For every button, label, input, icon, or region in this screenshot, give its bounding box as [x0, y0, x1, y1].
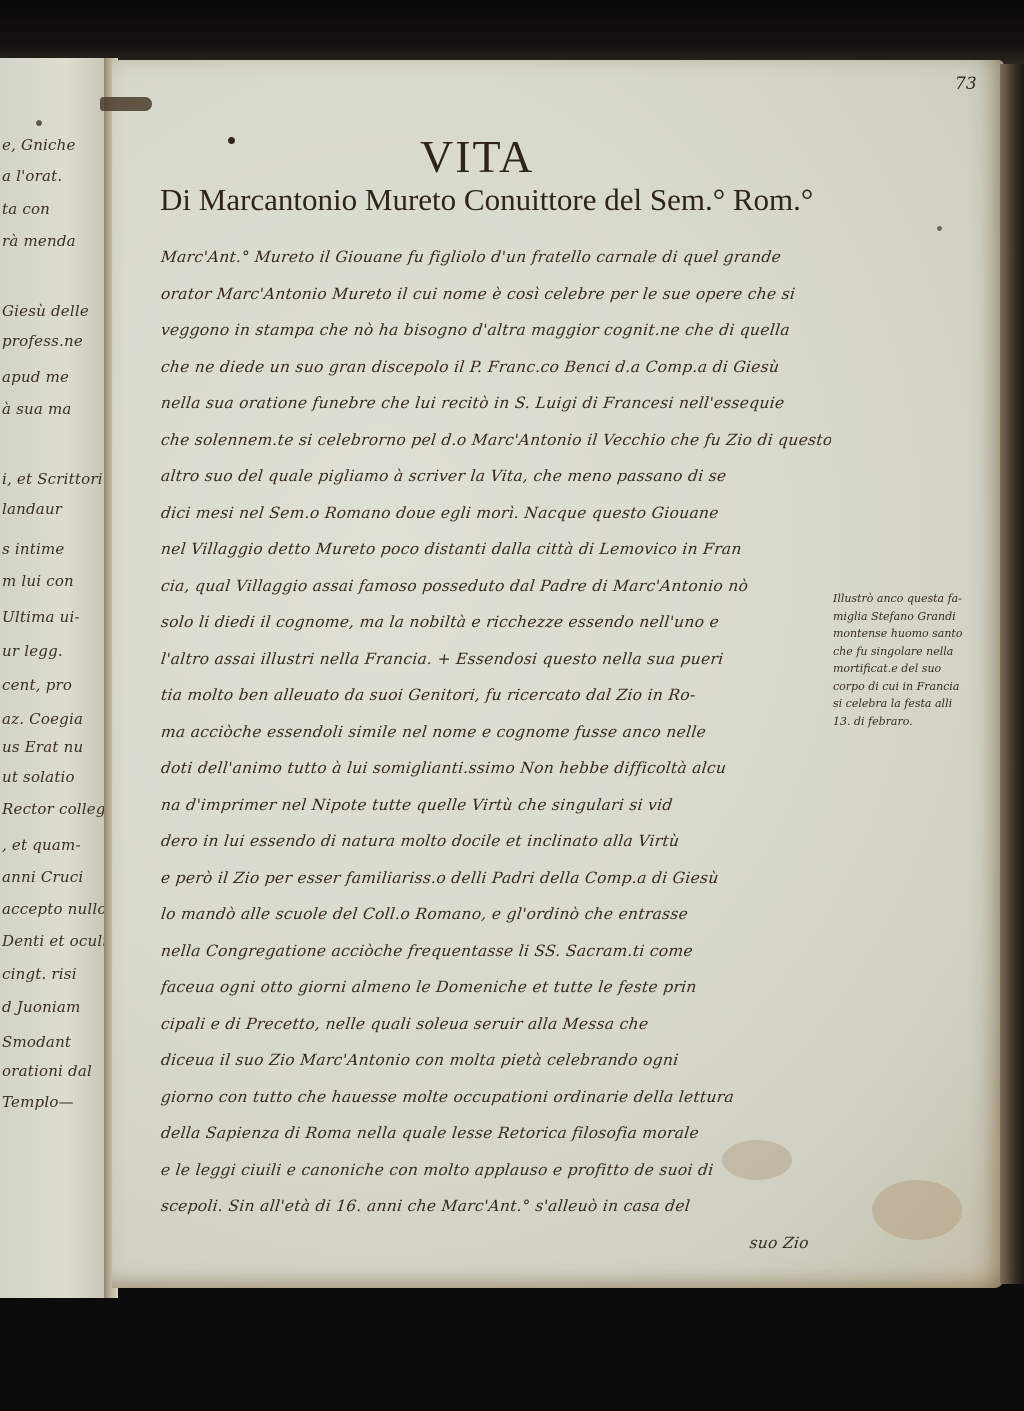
- manuscript-line: suo Zio: [158, 1234, 832, 1271]
- left-page-text-fragment: Rector colleg.: [2, 800, 111, 818]
- left-page-text-fragment: , et quam-: [2, 836, 81, 854]
- left-page-text-fragment: orationi dal: [2, 1062, 92, 1080]
- left-page-text-fragment: apud me: [2, 368, 69, 386]
- manuscript-line: giorno con tutto che hauesse molte occup…: [158, 1088, 832, 1125]
- manuscript-line: na d'imprimer nel Nipote tutte quelle Vi…: [158, 796, 832, 833]
- manuscript-line: nella sua oratione funebre che lui recit…: [158, 394, 832, 431]
- left-page-text-fragment: ut solatio: [2, 768, 75, 786]
- manuscript-line: dero in lui essendo di natura molto doci…: [158, 832, 832, 869]
- left-page-text-fragment: Smodant: [2, 1033, 71, 1051]
- manuscript-line: tia molto ben alleuato da suoi Genitori,…: [158, 686, 832, 723]
- left-page-text-fragment: Templo—: [2, 1093, 74, 1111]
- left-page-text-fragment: az. Coegia: [2, 710, 83, 728]
- manuscript-line: cia, qual Villaggio assai famoso possedu…: [158, 577, 832, 614]
- left-page-text-fragment: accepto nullo: [2, 900, 107, 918]
- ink-dot-icon: [937, 226, 942, 231]
- left-page-text-fragment: e, Gniche: [2, 136, 76, 154]
- manuscript-line: che solennem.te si celebrorno pel d.o Ma…: [158, 431, 832, 468]
- manuscript-line: orator Marc'Antonio Mureto il cui nome è…: [158, 285, 832, 322]
- manuscript-line: diceua il suo Zio Marc'Antonio con molta…: [158, 1051, 832, 1088]
- manuscript-line: nella Congregatione acciòche frequentass…: [158, 942, 832, 979]
- left-page-text-fragment: anni Cruci: [2, 868, 83, 886]
- manuscript-line: Marc'Ant.° Mureto il Giouane fu figliolo…: [158, 248, 832, 285]
- manuscript-line: faceua ogni otto giorni almeno le Domeni…: [158, 978, 832, 1015]
- paper-stain: [872, 1180, 962, 1240]
- marginal-note-line: corpo di cui in Francia: [833, 678, 963, 696]
- left-page-text-fragment: s intime: [2, 540, 64, 558]
- manuscript-line: l'altro assai illustri nella Francia. + …: [158, 650, 832, 687]
- left-page-fragment: e, Gnichea l'orat.ta conrà mendaGiesù de…: [0, 58, 112, 1298]
- manuscript-line: ma acciòche essendoli simile nel nome e …: [158, 723, 832, 760]
- manuscript-line: cipali e di Precetto, nelle quali soleua…: [158, 1015, 832, 1052]
- left-page-text-fragment: cingt. risi: [2, 965, 77, 983]
- marginal-note-line: mortificat.e del suo: [833, 660, 963, 678]
- manuscript-body: Marc'Ant.° Mureto il Giouane fu figliolo…: [160, 248, 830, 1270]
- left-page-text-fragment: ta con: [2, 200, 50, 218]
- left-page-text-fragment: Denti et oculis: [2, 932, 115, 950]
- marginal-note-line: 13. di febraro.: [833, 713, 963, 731]
- manuscript-line: veggono in stampa che nò ha bisogno d'al…: [158, 321, 832, 358]
- left-page-text-fragment: Giesù delle: [2, 302, 89, 320]
- ink-dot-icon: [228, 137, 235, 144]
- left-page-text-fragment: d Juoniam: [2, 998, 81, 1016]
- left-page-text-fragment: à sua ma: [2, 400, 72, 418]
- marginal-note: Illustrò anco questa fa-miglia Stefano G…: [833, 590, 963, 730]
- left-page-text-fragment: landaur: [2, 500, 62, 518]
- left-page-text-fragment: i, et Scrittori: [2, 470, 103, 488]
- ink-dot-icon: [36, 120, 42, 126]
- left-page-text-fragment: profess.ne: [2, 332, 83, 350]
- scan-background-top: [0, 0, 1024, 64]
- left-page-text-fragment: m lui con: [2, 572, 74, 590]
- bookmark-ribbon: [100, 97, 152, 111]
- left-page-text-fragment: cent, pro: [2, 676, 72, 694]
- page-title: VITA: [420, 130, 534, 183]
- manuscript-line: dici mesi nel Sem.o Romano doue egli mor…: [158, 504, 832, 541]
- manuscript-line: e però il Zio per esser familiariss.o de…: [158, 869, 832, 906]
- manuscript-line: che ne diede un suo gran discepolo il P.…: [158, 358, 832, 395]
- folio-number: 73: [955, 74, 977, 94]
- page-edge: [1000, 64, 1024, 1284]
- manuscript-line: solo li diedi il cognome, ma la nobiltà …: [158, 613, 832, 650]
- manuscript-line: lo mandò alle scuole del Coll.o Romano, …: [158, 905, 832, 942]
- manuscript-line: doti dell'animo tutto à lui somiglianti.…: [158, 759, 832, 796]
- marginal-note-line: si celebra la festa alli: [833, 695, 963, 713]
- marginal-note-line: montense huomo santo: [833, 625, 963, 643]
- marginal-note-line: che fu singolare nella: [833, 643, 963, 661]
- marginal-note-line: Illustrò anco questa fa-: [833, 590, 963, 608]
- manuscript-line: altro suo del quale pigliamo à scriver l…: [158, 467, 832, 504]
- manuscript-line: e le leggi ciuili e canoniche con molto …: [158, 1161, 832, 1198]
- manuscript-line: nel Villaggio detto Mureto poco distanti…: [158, 540, 832, 577]
- manuscript-line: scepoli. Sin all'età di 16. anni che Mar…: [158, 1197, 832, 1234]
- left-page-text-fragment: rà menda: [2, 232, 76, 250]
- left-page-text-fragment: a l'orat.: [2, 167, 62, 185]
- scan-background-bottom: [0, 1290, 1024, 1411]
- left-page-text-fragment: ur legg.: [2, 642, 63, 660]
- left-page-text-fragment: us Erat nu: [2, 738, 83, 756]
- page-subtitle: Di Marcantonio Mureto Conuittore del Sem…: [160, 182, 813, 218]
- marginal-note-line: miglia Stefano Grandi: [833, 608, 963, 626]
- left-page-text-fragment: Ultima ui-: [2, 608, 80, 626]
- manuscript-line: della Sapienza di Roma nella quale lesse…: [158, 1124, 832, 1161]
